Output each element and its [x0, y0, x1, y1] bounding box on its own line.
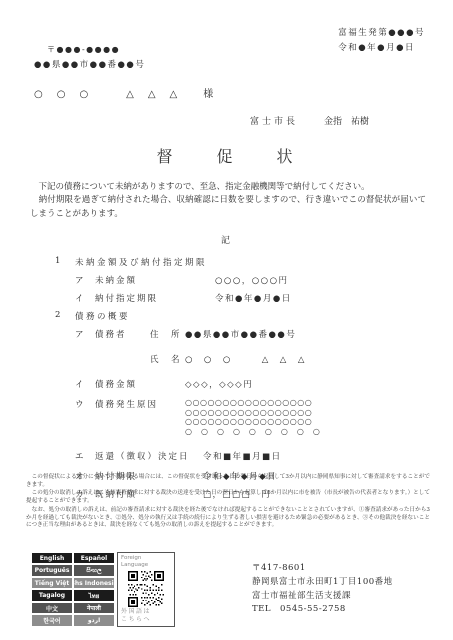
unpaid-amount-row: ア 未納金額 ○○○，○○○円 [30, 274, 430, 286]
sender-title: 富士市長 [250, 117, 298, 127]
section-2-heading: 2 債務の概要 [30, 310, 430, 322]
office-contact-block: 〒417-8601 静岡県富士市永田町1丁目100番地 富士市福祉部生活支援課 … [252, 562, 393, 617]
debt-amount-value: ◇◇◇，◇◇◇円 [185, 378, 253, 390]
multilingual-block: English Español Português සිංහල Tiếng Vi… [31, 552, 175, 627]
fine-print-paragraph-2: この処分の取消しの訴えは、当該審査請求に対する裁決の送達を受けた日の翌日から起算… [26, 490, 430, 505]
document-page: 富福生発第●●●号 令和●年●月●日 〒●●●-●●●● ●●県●●市●●番●●… [0, 0, 453, 640]
sender-row: 富士市長金指 祐樹 [250, 114, 369, 127]
refund-decision-label: 返還（徴収）決定日 [95, 450, 203, 462]
legal-fine-print: この督促状による処分について不服がある場合には、この督促状を受け取った日の翌日か… [26, 474, 430, 531]
section-1-title: 未納金額及び納付指定期限 [75, 256, 207, 268]
sender-name: 金指 祐樹 [324, 117, 369, 127]
placeholder-line: ○○○○○○○○○○○○○○○○○ [185, 408, 320, 418]
language-table: English Español Português සිංහල Tiếng Vi… [31, 552, 115, 627]
detail-section: 1 未納金額及び納付指定期限 ア 未納金額 ○○○，○○○円 イ 納付指定期限 … [30, 250, 430, 500]
language-cell-urdu: اردو [73, 614, 115, 626]
foreign-language-caption: 外国語は こちらへ [121, 608, 151, 624]
refund-decision-row: エ 返還（徴収）決定日 令和■年■月■日 [30, 450, 430, 462]
office-department: 富士市福祉部生活支援課 [252, 590, 393, 604]
debtor-label: 債務者 [95, 328, 150, 340]
language-cell-english: English [31, 552, 73, 564]
language-cell-thai: ไทย [73, 589, 115, 601]
item-kana: ア [30, 274, 95, 286]
body-line-2: 納付期限を過ぎて納付された場合、収納確認に日数を要しますので、行き違いでこの督促… [30, 194, 426, 221]
section-1-heading: 1 未納金額及び納付指定期限 [30, 256, 430, 268]
document-title: 督 促 状 [0, 144, 453, 167]
item-kana: ウ [30, 398, 95, 410]
office-telephone: TEL 0545-55-2758 [252, 603, 393, 617]
placeholder-line: ○○○○○○○○○○○○○○○○○ [185, 417, 320, 427]
body-text: 下記の債務について未納がありますので、至急、指定金融機関等で納付してください。 … [30, 181, 426, 221]
section-2-title: 債務の概要 [75, 310, 130, 322]
qr-code-icon [128, 571, 164, 607]
language-cell-vietnamese: Tiếng Việt [31, 577, 73, 589]
payment-due-label: 納付指定期限 [95, 292, 215, 304]
item-kana: イ [30, 378, 95, 390]
language-cell-nepali: नेपाली [73, 602, 115, 614]
language-cell-tagalog: Tagalog [31, 589, 73, 601]
placeholder-line: ○ ○ ○ ○ ○ ○ ○ ○ ○ [185, 427, 320, 437]
language-cell-spanish: Español [73, 552, 115, 564]
office-postal: 〒417-8601 [252, 562, 393, 576]
honorific-sama: 様 [203, 89, 215, 100]
caption-line-2: こちらへ [121, 616, 151, 624]
language-cell-indonesian: Bhs Indonesia [73, 577, 115, 589]
payment-due-value: 令和●年●月●日 [215, 292, 292, 304]
placeholder-line: ○○○○○○○○○○○○○○○○○ [185, 398, 320, 408]
section-2-number: 2 [30, 310, 75, 320]
office-address: 静岡県富士市永田町1丁目100番地 [252, 576, 393, 590]
debt-cause-label: 債務発生原因 [95, 398, 185, 410]
debtor-address-label: 住 所 [150, 328, 185, 340]
recipient-name-row: ○ ○ ○ △ △ △様 [34, 85, 215, 100]
debt-cause-row: ウ 債務発生原因 ○○○○○○○○○○○○○○○○○ ○○○○○○○○○○○○○… [30, 398, 430, 436]
fine-print-paragraph-3: なお、処分の取消しの訴えは、前記の審査請求に対する裁決を経た後でなければ提起する… [26, 507, 430, 530]
payment-due-row: イ 納付指定期限 令和●年●月●日 [30, 292, 430, 304]
item-kana: ア [30, 328, 95, 340]
ki-heading: 記 [0, 233, 453, 246]
language-cell-korean: 한국어 [31, 614, 73, 626]
section-1-number: 1 [30, 256, 75, 266]
caption-line-1: 外国語は [121, 608, 151, 616]
language-cell-chinese: 中文 [31, 602, 73, 614]
debt-amount-row: イ 債務金額 ◇◇◇，◇◇◇円 [30, 378, 430, 390]
item-kana: エ [30, 450, 95, 462]
debt-amount-label: 債務金額 [95, 378, 185, 390]
document-number-block: 富福生発第●●●号 令和●年●月●日 [338, 26, 425, 57]
debtor-name-label: 氏 名 [30, 353, 185, 365]
foreign-language-title-line1: Foreign [121, 555, 148, 562]
language-cell-portuguese: Português [31, 564, 73, 576]
foreign-language-title: Foreign Language [121, 555, 148, 569]
issue-date: 令和●年●月●日 [338, 41, 425, 56]
fine-print-paragraph-1: この督促状による処分について不服がある場合には、この督促状を受け取った日の翌日か… [26, 474, 430, 489]
language-cell-sinhala: සිංහල [73, 564, 115, 576]
document-number: 富福生発第●●●号 [338, 26, 425, 41]
refund-decision-value: 令和■年■月■日 [203, 450, 282, 462]
foreign-language-title-line2: Language [121, 562, 148, 569]
debt-cause-placeholder: ○○○○○○○○○○○○○○○○○ ○○○○○○○○○○○○○○○○○ ○○○○… [185, 398, 320, 436]
debtor-name-value: ○ ○ ○ △ △ △ [185, 353, 306, 365]
body-line-1: 下記の債務について未納がありますので、至急、指定金融機関等で納付してください。 [30, 181, 426, 194]
item-kana: イ [30, 292, 95, 304]
unpaid-amount-label: 未納金額 [95, 274, 215, 286]
foreign-language-panel: Foreign Language 外国語は こちらへ [117, 552, 175, 627]
debtor-name-row: 氏 名 ○ ○ ○ △ △ △ [30, 353, 430, 365]
debtor-address-row: ア 債務者 住 所 ●●県●●市●●番●●号 [30, 328, 430, 340]
debtor-address-value: ●●県●●市●●番●●号 [185, 328, 296, 340]
unpaid-amount-value: ○○○，○○○円 [215, 274, 289, 286]
recipient-address: ●●県●●市●●番●●号 [34, 58, 145, 70]
recipient-postal: 〒●●●-●●●● [47, 44, 120, 55]
recipient-name: ○ ○ ○ △ △ △ [34, 89, 179, 100]
